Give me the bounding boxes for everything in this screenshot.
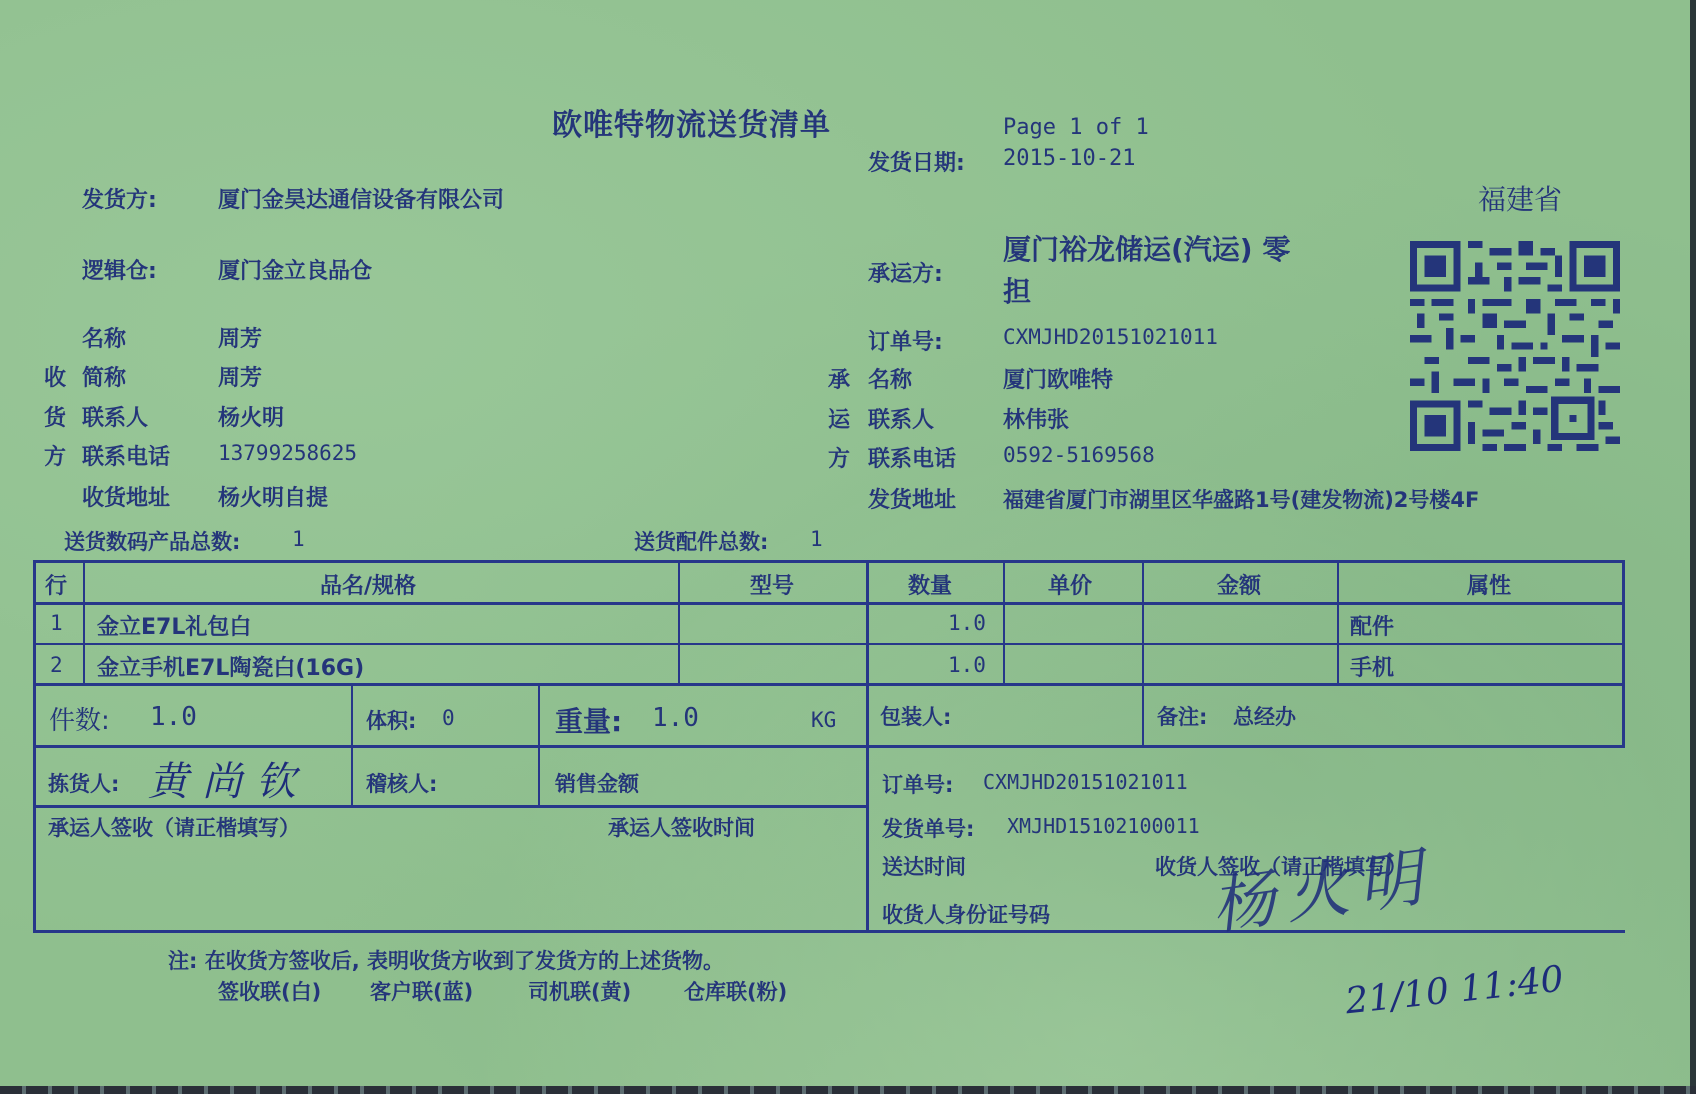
shipper-field-label: 发货地址 [868, 483, 956, 514]
volume-value: 0 [442, 706, 455, 730]
table-header-row: 行 [45, 569, 67, 600]
arrival-time-label: 送达时间 [882, 851, 966, 881]
page-indicator: Page 1 of 1 [1003, 115, 1149, 140]
copy-label: 仓库联(粉) [684, 976, 787, 1006]
table-header-unit-price: 单价 [1048, 569, 1092, 600]
shipper-field-label: 联系电话 [868, 442, 956, 473]
copy-label: 客户联(蓝) [370, 976, 473, 1006]
shipper-side-char: 承 [828, 363, 850, 394]
order-label: 订单号: [868, 325, 943, 356]
consignee-field-label: 联系电话 [82, 440, 170, 471]
consignee-side-char: 收 [44, 361, 66, 392]
province-label: 福建省 [1478, 178, 1562, 218]
table-row-name: 金立手机E7L陶瓷白(16G) [97, 651, 364, 682]
order-value: CXMJHD20151021011 [1003, 325, 1218, 349]
sender-label: 发货方: [82, 183, 157, 214]
paper-perforation [0, 1086, 1696, 1094]
document-title: 欧唯特物流送货清单 [552, 100, 831, 144]
shipper-field-label: 联系人 [868, 403, 934, 434]
note-value: 总经办 [1233, 701, 1296, 731]
table-row-qty: 1.0 [948, 611, 986, 635]
volume-label: 体积: [366, 705, 416, 735]
packer-label: 包装人: [880, 701, 951, 731]
table-row-index: 1 [50, 611, 63, 635]
copy-label: 签收联(白) [218, 976, 321, 1006]
pieces-label: 件数: [49, 700, 110, 737]
sales-amount-label: 销售金额 [555, 768, 639, 798]
consignee-field-value: 杨火明自提 [218, 481, 328, 512]
picker-signature: 黄尚钦 [148, 750, 310, 807]
receiver-signature: 杨火明 [1205, 825, 1438, 947]
pieces-value: 1.0 [150, 702, 197, 732]
footer-note: 注: 在收货方签收后, 表明收货方收到了发货方的上述货物。 [168, 945, 724, 975]
shipper-field-value: 林伟张 [1003, 403, 1069, 434]
handwritten-time: 21/10 11:40 [1343, 959, 1565, 1023]
consignee-field-value: 13799258625 [218, 441, 357, 465]
table-row-index: 2 [50, 653, 63, 677]
consignee-field-value: 周芳 [218, 361, 262, 392]
table-header-name: 品名/规格 [320, 569, 416, 600]
table-row-attr: 配件 [1350, 610, 1394, 641]
consignee-side-char: 货 [44, 401, 66, 432]
copy-label: 司机联(黄) [528, 976, 631, 1006]
carrier-sign-time-label: 承运人签收时间 [608, 812, 755, 842]
delivery-no-value: XMJHD15102100011 [1007, 814, 1200, 838]
order-no-label: 订单号: [882, 769, 953, 799]
warehouse-label: 逻辑仓: [82, 254, 157, 285]
weight-label: 重量: [555, 700, 622, 740]
table-header-amount: 金额 [1217, 569, 1261, 600]
paper-edge [1690, 0, 1696, 1094]
picker-label: 拣货人: [48, 768, 119, 798]
sender-value: 厦门金昊达通信设备有限公司 [218, 183, 504, 214]
table-row-attr: 手机 [1350, 651, 1394, 682]
table-row-name: 金立E7L礼包白 [97, 610, 251, 641]
consignee-field-label: 名称 [82, 322, 126, 353]
table-header-model: 型号 [750, 569, 794, 600]
weight-value: 1.0 [652, 703, 699, 733]
carrier-sign-label: 承运人签收（请正楷填写） [48, 812, 300, 842]
shipper-side-char: 运 [828, 403, 850, 434]
consignee-field-label: 简称 [82, 361, 126, 392]
shipper-field-label: 名称 [868, 363, 912, 394]
order-no-value: CXMJHD20151021011 [983, 770, 1188, 794]
warehouse-value: 厦门金立良品仓 [218, 254, 372, 285]
shipper-field-value: 0592-5169568 [1003, 443, 1155, 467]
digital-total-label: 送货数码产品总数: [64, 526, 240, 556]
weight-unit: KG [811, 708, 836, 732]
carrier-value: 厦门裕龙储运(汽运) 零 [1003, 228, 1290, 268]
consignee-field-label: 收货地址 [82, 481, 170, 512]
accessory-total-label: 送货配件总数: [634, 526, 768, 556]
shipper-side-char: 方 [828, 442, 850, 473]
table-header-attr: 属性 [1467, 569, 1511, 600]
shipper-field-value: 厦门欧唯特 [1003, 363, 1113, 394]
delivery-no-label: 发货单号: [882, 813, 974, 843]
ship-date-value: 2015-10-21 [1003, 146, 1135, 171]
table-header-qty: 数量 [908, 569, 952, 600]
consignee-field-label: 联系人 [82, 401, 148, 432]
qr-code-icon [1410, 241, 1620, 451]
table-row-qty: 1.0 [948, 653, 986, 677]
receiver-id-label: 收货人身份证号码 [882, 899, 1050, 929]
accessory-total-value: 1 [810, 527, 823, 551]
consignee-field-value: 杨火明 [218, 401, 284, 432]
carrier-label: 承运方: [868, 257, 943, 288]
note-label: 备注: [1157, 701, 1207, 731]
digital-total-value: 1 [292, 527, 305, 551]
auditor-label: 稽核人: [366, 768, 437, 798]
consignee-field-value: 周芳 [218, 322, 262, 353]
carrier-value-cont: 担 [1003, 270, 1031, 310]
shipper-field-value: 福建省厦门市湖里区华盛路1号(建发物流)2号楼4F [1003, 484, 1479, 514]
consignee-side-char: 方 [44, 440, 66, 471]
ship-date-label: 发货日期: [868, 146, 965, 177]
